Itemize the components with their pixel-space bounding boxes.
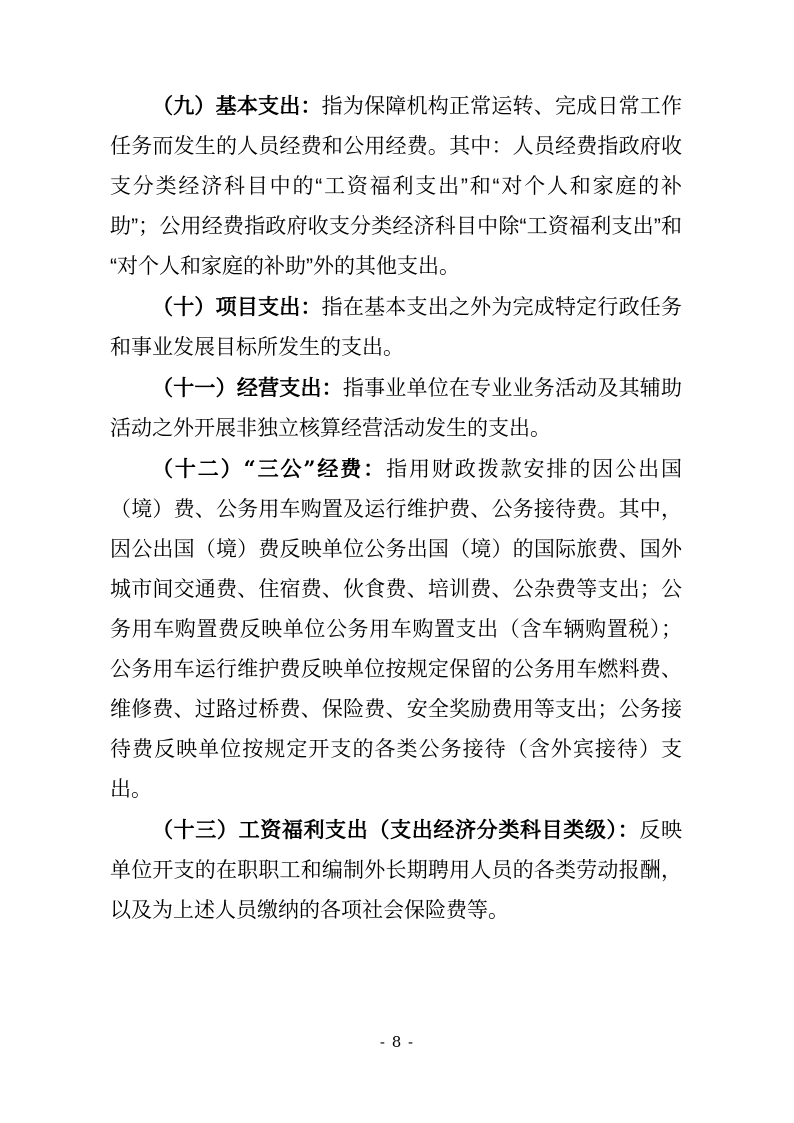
definition-term: （十一）经营支出： xyxy=(152,375,343,400)
definition-term: （十）项目支出： xyxy=(152,294,322,319)
page-content: （九）基本支出：指为保障机构正常运转、完成日常工作任务而发生的人员经费和公用经费… xyxy=(110,86,682,931)
definition-paragraph-three-public-funds: （十二）“三公”经费：指用财政拨款安排的因公出国（境）费、公务用车购置及运行维护… xyxy=(110,449,682,810)
definition-term: （九）基本支出： xyxy=(152,93,322,118)
page-footer: - 8 - xyxy=(0,1032,794,1052)
definition-term: （十三）工资福利支出（支出经济分类科目类级）： xyxy=(152,817,639,842)
definition-paragraph-basic-expenditure: （九）基本支出：指为保障机构正常运转、完成日常工作任务而发生的人员经费和公用经费… xyxy=(110,86,682,287)
definition-paragraph-operating-expenditure: （十一）经营支出：指事业单位在专业业务活动及其辅助活动之外开展非独立核算经营活动… xyxy=(110,368,682,449)
document-page: （九）基本支出：指为保障机构正常运转、完成日常工作任务而发生的人员经费和公用经费… xyxy=(0,0,794,1123)
definition-term: （十二）“三公”经费： xyxy=(152,456,386,481)
definition-paragraph-project-expenditure: （十）项目支出：指在基本支出之外为完成特定行政任务和事业发展目标所发生的支出。 xyxy=(110,287,682,368)
definition-body: 指用财政拨款安排的因公出国（境）费、公务用车购置及运行维护费、公务接待费。其中，… xyxy=(110,458,682,801)
definition-paragraph-salary-welfare-expenditure: （十三）工资福利支出（支出经济分类科目类级）：反映单位开支的在职职工和编制外长期… xyxy=(110,810,682,931)
definition-body: 指为保障机构正常运转、完成日常工作任务而发生的人员经费和公用经费。其中：人员经费… xyxy=(110,95,682,278)
page-number: - 8 - xyxy=(380,1033,414,1051)
